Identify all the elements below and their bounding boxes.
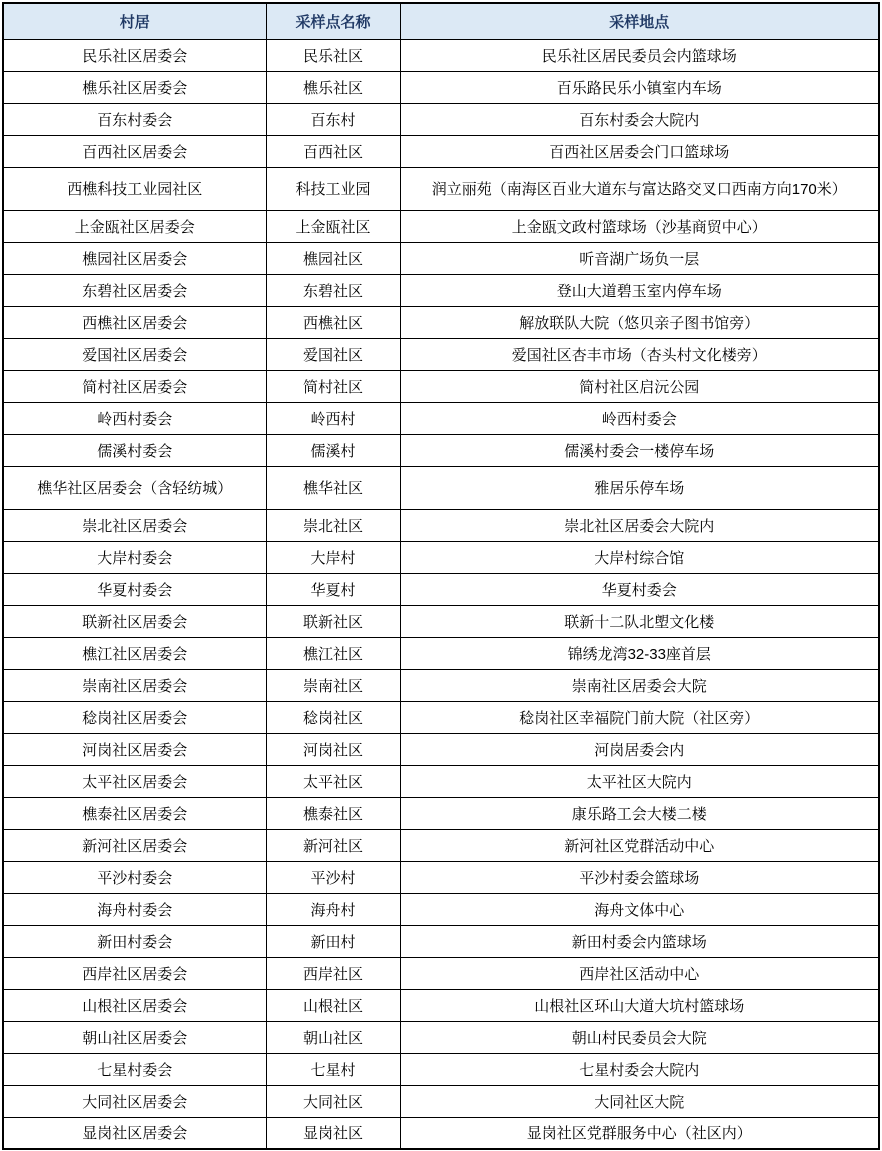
table-row: 太平社区居委会 太平社区 太平社区大院内 [3,765,879,797]
table-row: 樵乐社区居委会 樵乐社区 百乐路民乐小镇室内车场 [3,71,879,103]
cell-point: 海舟村 [266,893,400,925]
table-row: 樵华社区居委会（含轻纺城） 樵华社区 雅居乐停车场 [3,466,879,509]
cell-location: 听音湖广场负一层 [400,242,879,274]
cell-village: 西樵科技工业园社区 [3,167,266,210]
cell-village: 稔岗社区居委会 [3,701,266,733]
cell-point: 西樵社区 [266,306,400,338]
cell-point: 新田村 [266,925,400,957]
table-row: 樵泰社区居委会 樵泰社区 康乐路工会大楼二楼 [3,797,879,829]
cell-village: 爱国社区居委会 [3,338,266,370]
table-row: 上金瓯社区居委会 上金瓯社区 上金瓯文政村篮球场（沙基商贸中心） [3,210,879,242]
cell-point: 平沙村 [266,861,400,893]
cell-point: 朝山社区 [266,1021,400,1053]
header-village: 村居 [3,3,266,39]
cell-point: 上金瓯社区 [266,210,400,242]
table-row: 樵江社区居委会 樵江社区 锦绣龙湾32-33座首层 [3,637,879,669]
table-row: 东碧社区居委会 东碧社区 登山大道碧玉室内停车场 [3,274,879,306]
cell-village: 樵乐社区居委会 [3,71,266,103]
cell-location: 百西社区居委会门口篮球场 [400,135,879,167]
cell-point: 大岸村 [266,541,400,573]
table-header: 村居 采样点名称 采样地点 [3,3,879,39]
cell-location: 上金瓯文政村篮球场（沙基商贸中心） [400,210,879,242]
cell-village: 民乐社区居委会 [3,39,266,71]
cell-village: 平沙村委会 [3,861,266,893]
table-row: 崇南社区居委会 崇南社区 崇南社区居委会大院 [3,669,879,701]
cell-location: 崇南社区居委会大院 [400,669,879,701]
cell-location: 儒溪村委会一楼停车场 [400,434,879,466]
cell-point: 百东村 [266,103,400,135]
table-row: 新田村委会 新田村 新田村委会内篮球场 [3,925,879,957]
cell-village: 显岗社区居委会 [3,1117,266,1149]
table-row: 百东村委会 百东村 百东村委会大院内 [3,103,879,135]
cell-location: 百东村委会大院内 [400,103,879,135]
cell-village: 新田村委会 [3,925,266,957]
cell-village: 儒溪村委会 [3,434,266,466]
cell-location: 西岸社区活动中心 [400,957,879,989]
cell-village: 大同社区居委会 [3,1085,266,1117]
cell-location: 海舟文体中心 [400,893,879,925]
cell-point: 西岸社区 [266,957,400,989]
table-row: 西岸社区居委会 西岸社区 西岸社区活动中心 [3,957,879,989]
cell-village: 东碧社区居委会 [3,274,266,306]
sampling-points-table: 村居 采样点名称 采样地点 民乐社区居委会 民乐社区 民乐社区居民委员会内篮球场… [2,2,880,1150]
cell-location: 河岗居委会内 [400,733,879,765]
cell-location: 显岗社区党群服务中心（社区内） [400,1117,879,1149]
cell-point: 七星村 [266,1053,400,1085]
header-location: 采样地点 [400,3,879,39]
cell-village: 西樵社区居委会 [3,306,266,338]
cell-point: 大同社区 [266,1085,400,1117]
cell-location: 锦绣龙湾32-33座首层 [400,637,879,669]
cell-point: 樵华社区 [266,466,400,509]
cell-village: 海舟村委会 [3,893,266,925]
cell-point: 山根社区 [266,989,400,1021]
cell-location: 爱国社区杏丰市场（杏头村文化楼旁） [400,338,879,370]
header-row: 村居 采样点名称 采样地点 [3,3,879,39]
cell-village: 百东村委会 [3,103,266,135]
cell-point: 崇南社区 [266,669,400,701]
cell-point: 稔岗社区 [266,701,400,733]
table-row: 民乐社区居委会 民乐社区 民乐社区居民委员会内篮球场 [3,39,879,71]
cell-village: 樵江社区居委会 [3,637,266,669]
cell-location: 太平社区大院内 [400,765,879,797]
cell-village: 太平社区居委会 [3,765,266,797]
cell-location: 解放联队大院（悠贝亲子图书馆旁） [400,306,879,338]
table-row: 显岗社区居委会 显岗社区 显岗社区党群服务中心（社区内） [3,1117,879,1149]
cell-location: 简村社区启沅公园 [400,370,879,402]
cell-location: 润立丽苑（南海区百业大道东与富达路交叉口西南方向170米） [400,167,879,210]
cell-point: 岭西村 [266,402,400,434]
cell-location: 雅居乐停车场 [400,466,879,509]
cell-point: 东碧社区 [266,274,400,306]
cell-location: 山根社区环山大道大坑村篮球场 [400,989,879,1021]
table-row: 山根社区居委会 山根社区 山根社区环山大道大坑村篮球场 [3,989,879,1021]
table-row: 华夏村委会 华夏村 华夏村委会 [3,573,879,605]
cell-village: 华夏村委会 [3,573,266,605]
cell-point: 联新社区 [266,605,400,637]
cell-location: 崇北社区居委会大院内 [400,509,879,541]
cell-location: 大同社区大院 [400,1085,879,1117]
cell-village: 简村社区居委会 [3,370,266,402]
cell-location: 朝山村民委员会大院 [400,1021,879,1053]
cell-village: 山根社区居委会 [3,989,266,1021]
table-row: 百西社区居委会 百西社区 百西社区居委会门口篮球场 [3,135,879,167]
cell-point: 河岗社区 [266,733,400,765]
cell-village: 七星村委会 [3,1053,266,1085]
cell-point: 崇北社区 [266,509,400,541]
cell-location: 华夏村委会 [400,573,879,605]
cell-village: 联新社区居委会 [3,605,266,637]
cell-location: 联新十二队北塱文化楼 [400,605,879,637]
cell-location: 康乐路工会大楼二楼 [400,797,879,829]
cell-location: 岭西村委会 [400,402,879,434]
cell-village: 崇北社区居委会 [3,509,266,541]
cell-point: 樵泰社区 [266,797,400,829]
cell-village: 樵华社区居委会（含轻纺城） [3,466,266,509]
cell-point: 樵园社区 [266,242,400,274]
table-row: 崇北社区居委会 崇北社区 崇北社区居委会大院内 [3,509,879,541]
table-row: 新河社区居委会 新河社区 新河社区党群活动中心 [3,829,879,861]
cell-location: 稔岗社区幸福院门前大院（社区旁） [400,701,879,733]
cell-location: 平沙村委会篮球场 [400,861,879,893]
cell-location: 登山大道碧玉室内停车场 [400,274,879,306]
table-row: 联新社区居委会 联新社区 联新十二队北塱文化楼 [3,605,879,637]
table-row: 大同社区居委会 大同社区 大同社区大院 [3,1085,879,1117]
cell-point: 科技工业园 [266,167,400,210]
cell-point: 太平社区 [266,765,400,797]
cell-village: 上金瓯社区居委会 [3,210,266,242]
table-row: 河岗社区居委会 河岗社区 河岗居委会内 [3,733,879,765]
cell-village: 百西社区居委会 [3,135,266,167]
table-row: 樵园社区居委会 樵园社区 听音湖广场负一层 [3,242,879,274]
cell-village: 樵泰社区居委会 [3,797,266,829]
cell-village: 新河社区居委会 [3,829,266,861]
cell-village: 岭西村委会 [3,402,266,434]
table-row: 西樵社区居委会 西樵社区 解放联队大院（悠贝亲子图书馆旁） [3,306,879,338]
table-row: 儒溪村委会 儒溪村 儒溪村委会一楼停车场 [3,434,879,466]
table-row: 海舟村委会 海舟村 海舟文体中心 [3,893,879,925]
cell-point: 显岗社区 [266,1117,400,1149]
cell-location: 七星村委会大院内 [400,1053,879,1085]
cell-point: 樵江社区 [266,637,400,669]
cell-village: 河岗社区居委会 [3,733,266,765]
cell-location: 百乐路民乐小镇室内车场 [400,71,879,103]
table-row: 平沙村委会 平沙村 平沙村委会篮球场 [3,861,879,893]
table-row: 西樵科技工业园社区 科技工业园 润立丽苑（南海区百业大道东与富达路交叉口西南方向… [3,167,879,210]
table-body: 民乐社区居委会 民乐社区 民乐社区居民委员会内篮球场 樵乐社区居委会 樵乐社区 … [3,39,879,1149]
cell-point: 百西社区 [266,135,400,167]
cell-point: 新河社区 [266,829,400,861]
cell-location: 民乐社区居民委员会内篮球场 [400,39,879,71]
table-row: 简村社区居委会 简村社区 简村社区启沅公园 [3,370,879,402]
cell-village: 大岸村委会 [3,541,266,573]
cell-location: 新田村委会内篮球场 [400,925,879,957]
cell-village: 西岸社区居委会 [3,957,266,989]
cell-village: 樵园社区居委会 [3,242,266,274]
table-row: 稔岗社区居委会 稔岗社区 稔岗社区幸福院门前大院（社区旁） [3,701,879,733]
cell-point: 华夏村 [266,573,400,605]
cell-location: 大岸村综合馆 [400,541,879,573]
cell-point: 民乐社区 [266,39,400,71]
cell-village: 崇南社区居委会 [3,669,266,701]
cell-point: 爱国社区 [266,338,400,370]
cell-location: 新河社区党群活动中心 [400,829,879,861]
table-row: 朝山社区居委会 朝山社区 朝山村民委员会大院 [3,1021,879,1053]
table-row: 岭西村委会 岭西村 岭西村委会 [3,402,879,434]
table-row: 爱国社区居委会 爱国社区 爱国社区杏丰市场（杏头村文化楼旁） [3,338,879,370]
table-row: 大岸村委会 大岸村 大岸村综合馆 [3,541,879,573]
cell-point: 樵乐社区 [266,71,400,103]
cell-point: 儒溪村 [266,434,400,466]
header-point: 采样点名称 [266,3,400,39]
cell-point: 简村社区 [266,370,400,402]
table-row: 七星村委会 七星村 七星村委会大院内 [3,1053,879,1085]
cell-village: 朝山社区居委会 [3,1021,266,1053]
